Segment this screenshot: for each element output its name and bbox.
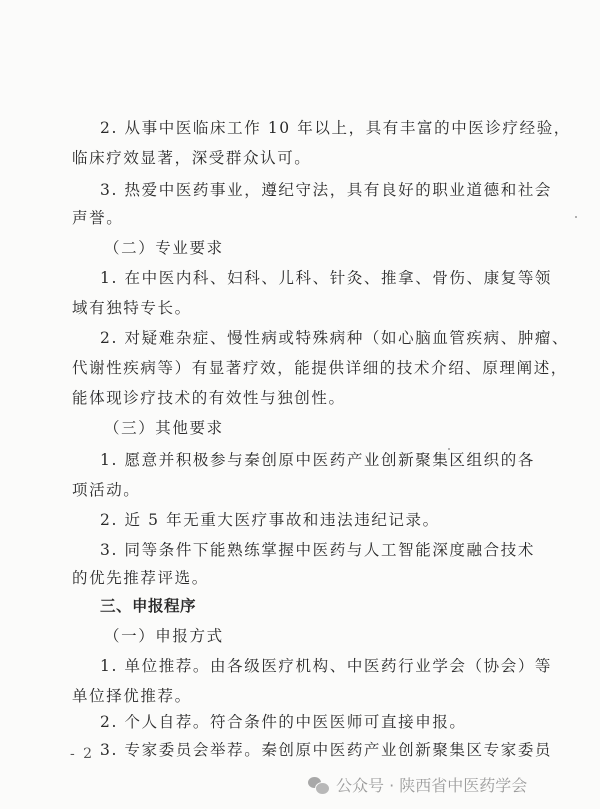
paragraph-line: 3. 同等条件下能熟练掌握中医药与人工智能深度融合技术 (100, 540, 500, 560)
paragraph-line: 声誉。 (72, 208, 472, 228)
scan-speck (575, 216, 577, 218)
paragraph-line: 1. 单位推荐。由各级医疗机构、中医药行业学会（协会）等 (100, 656, 500, 676)
subsection-heading: （一）申报方式 (104, 626, 504, 646)
subsection-heading: （三）其他要求 (104, 418, 504, 438)
watermark: 公众号 · 陕西省中医药学会 (308, 773, 527, 796)
wechat-icon (308, 776, 330, 794)
paragraph-line: 2. 近 5 年无重大医疗事故和违法违纪记录。 (100, 510, 500, 530)
paragraph-line: 3. 热爱中医药事业，遵纪守法，具有良好的职业道德和社会 (100, 180, 500, 200)
scan-speck (448, 448, 450, 450)
paragraph-line: 项活动。 (72, 480, 472, 500)
paragraph-line: 3. 专家委员会举荐。秦创原中医药产业创新聚集区专家委员 (100, 740, 500, 760)
page-number: - 2 - (70, 746, 107, 762)
paragraph-line: 1. 愿意并积极参与秦创原中医药产业创新聚集区组织的各 (100, 450, 500, 470)
paragraph-line: 2. 从事中医临床工作 10 年以上，具有丰富的中医诊疗经验， (100, 118, 500, 138)
paragraph-line: 2. 个人自荐。符合条件的中医医师可直接申报。 (100, 712, 500, 732)
subsection-heading: （二）专业要求 (104, 238, 504, 258)
paragraph-line: 1. 在中医内科、妇科、儿科、针灸、推拿、骨伤、康复等领 (100, 268, 500, 288)
paragraph-line: 的优先推荐评选。 (72, 568, 472, 588)
paragraph-line: 2. 对疑难杂症、慢性病或特殊病种（如心脑血管疾病、肿瘤、 (100, 328, 500, 348)
section-heading: 三、申报程序 (100, 596, 500, 616)
paragraph-line: 代谢性疾病等）有显著疗效，能提供详细的技术介绍、原理阐述， (72, 358, 472, 378)
paragraph-line: 临床疗效显著，深受群众认可。 (72, 148, 472, 168)
paragraph-line: 域有独特专长。 (72, 298, 472, 318)
paragraph-line: 单位择优推荐。 (72, 686, 472, 706)
document-page: 2. 从事中医临床工作 10 年以上，具有丰富的中医诊疗经验，临床疗效显著，深受… (0, 0, 600, 809)
paragraph-line: 能体现诊疗技术的有效性与独创性。 (72, 388, 472, 408)
watermark-text: 公众号 · 陕西省中医药学会 (336, 773, 527, 796)
